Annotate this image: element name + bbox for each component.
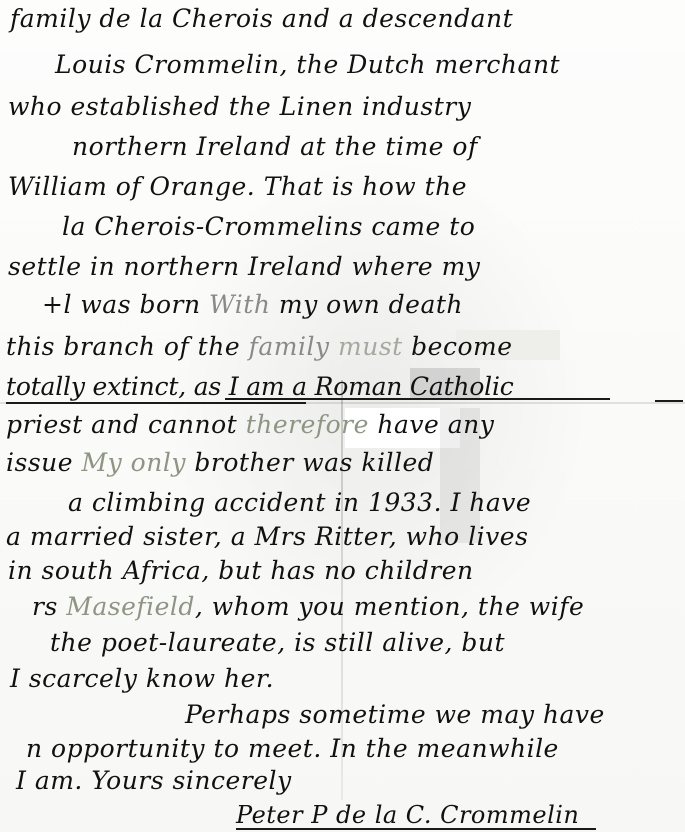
faded-word: therefore [246,410,369,439]
letter-line: a married sister, a Mrs Ritter, who live… [6,522,528,552]
line-text: have any [369,410,494,439]
line-text: , whom you mention, the wife [195,592,584,621]
letter-line: Perhaps sometime we may have [185,700,605,730]
underline [6,402,306,404]
letter-line: in south Africa, but has no children [8,556,474,586]
line-text: this branch of the [6,332,249,361]
letter-line: +l was born With my own death [42,290,463,320]
letter-line: northern Ireland at the time of [72,132,478,162]
letter-line: a climbing accident in 1933. I have [68,488,531,518]
letter-line: la Cherois-Crommelins came to [62,212,475,242]
letter-line: rs Masefield, whom you mention, the wife [32,592,584,622]
letter-line: family de la Cherois and a descendant [10,4,513,34]
line-text: rs [32,592,66,621]
signature: Peter P de la C. Crommelin [236,800,579,830]
letter-line: settle in northern Ireland where my [8,252,480,282]
faded-word: Masefield [66,592,195,621]
underline [655,400,683,402]
line-text: +l was born [42,290,209,319]
faded-word: must [338,332,403,361]
letter-line: n opportunity to meet. In the meanwhile [26,734,559,764]
letter-line: William of Orange. That is how the [8,172,467,202]
letter-page: family de la Cherois and a descendant Lo… [0,0,685,832]
letter-line: I am. Yours sincerely [16,766,292,796]
line-text: my own death [270,290,463,319]
faded-word: With [209,290,270,319]
underline [225,398,610,400]
letter-line: Louis Crommelin, the Dutch merchant [55,50,560,80]
letter-line: priest and cannot therefore have any [6,410,494,440]
letter-line: I scarcely know her. [10,664,274,694]
letter-line: the poet-laureate, is still alive, but [50,628,505,658]
faded-word: My only [82,448,186,477]
line-text: issue [6,448,82,477]
line-text: priest and cannot [6,410,246,439]
letter-line: this branch of the family must become [6,332,513,362]
line-text: brother was killed [186,448,434,477]
faded-word: family [249,332,330,361]
line-text: become [403,332,513,361]
signature-underline [236,828,596,830]
letter-line: who established the Linen industry [8,92,471,122]
letter-line: issue My only brother was killed [6,448,434,478]
